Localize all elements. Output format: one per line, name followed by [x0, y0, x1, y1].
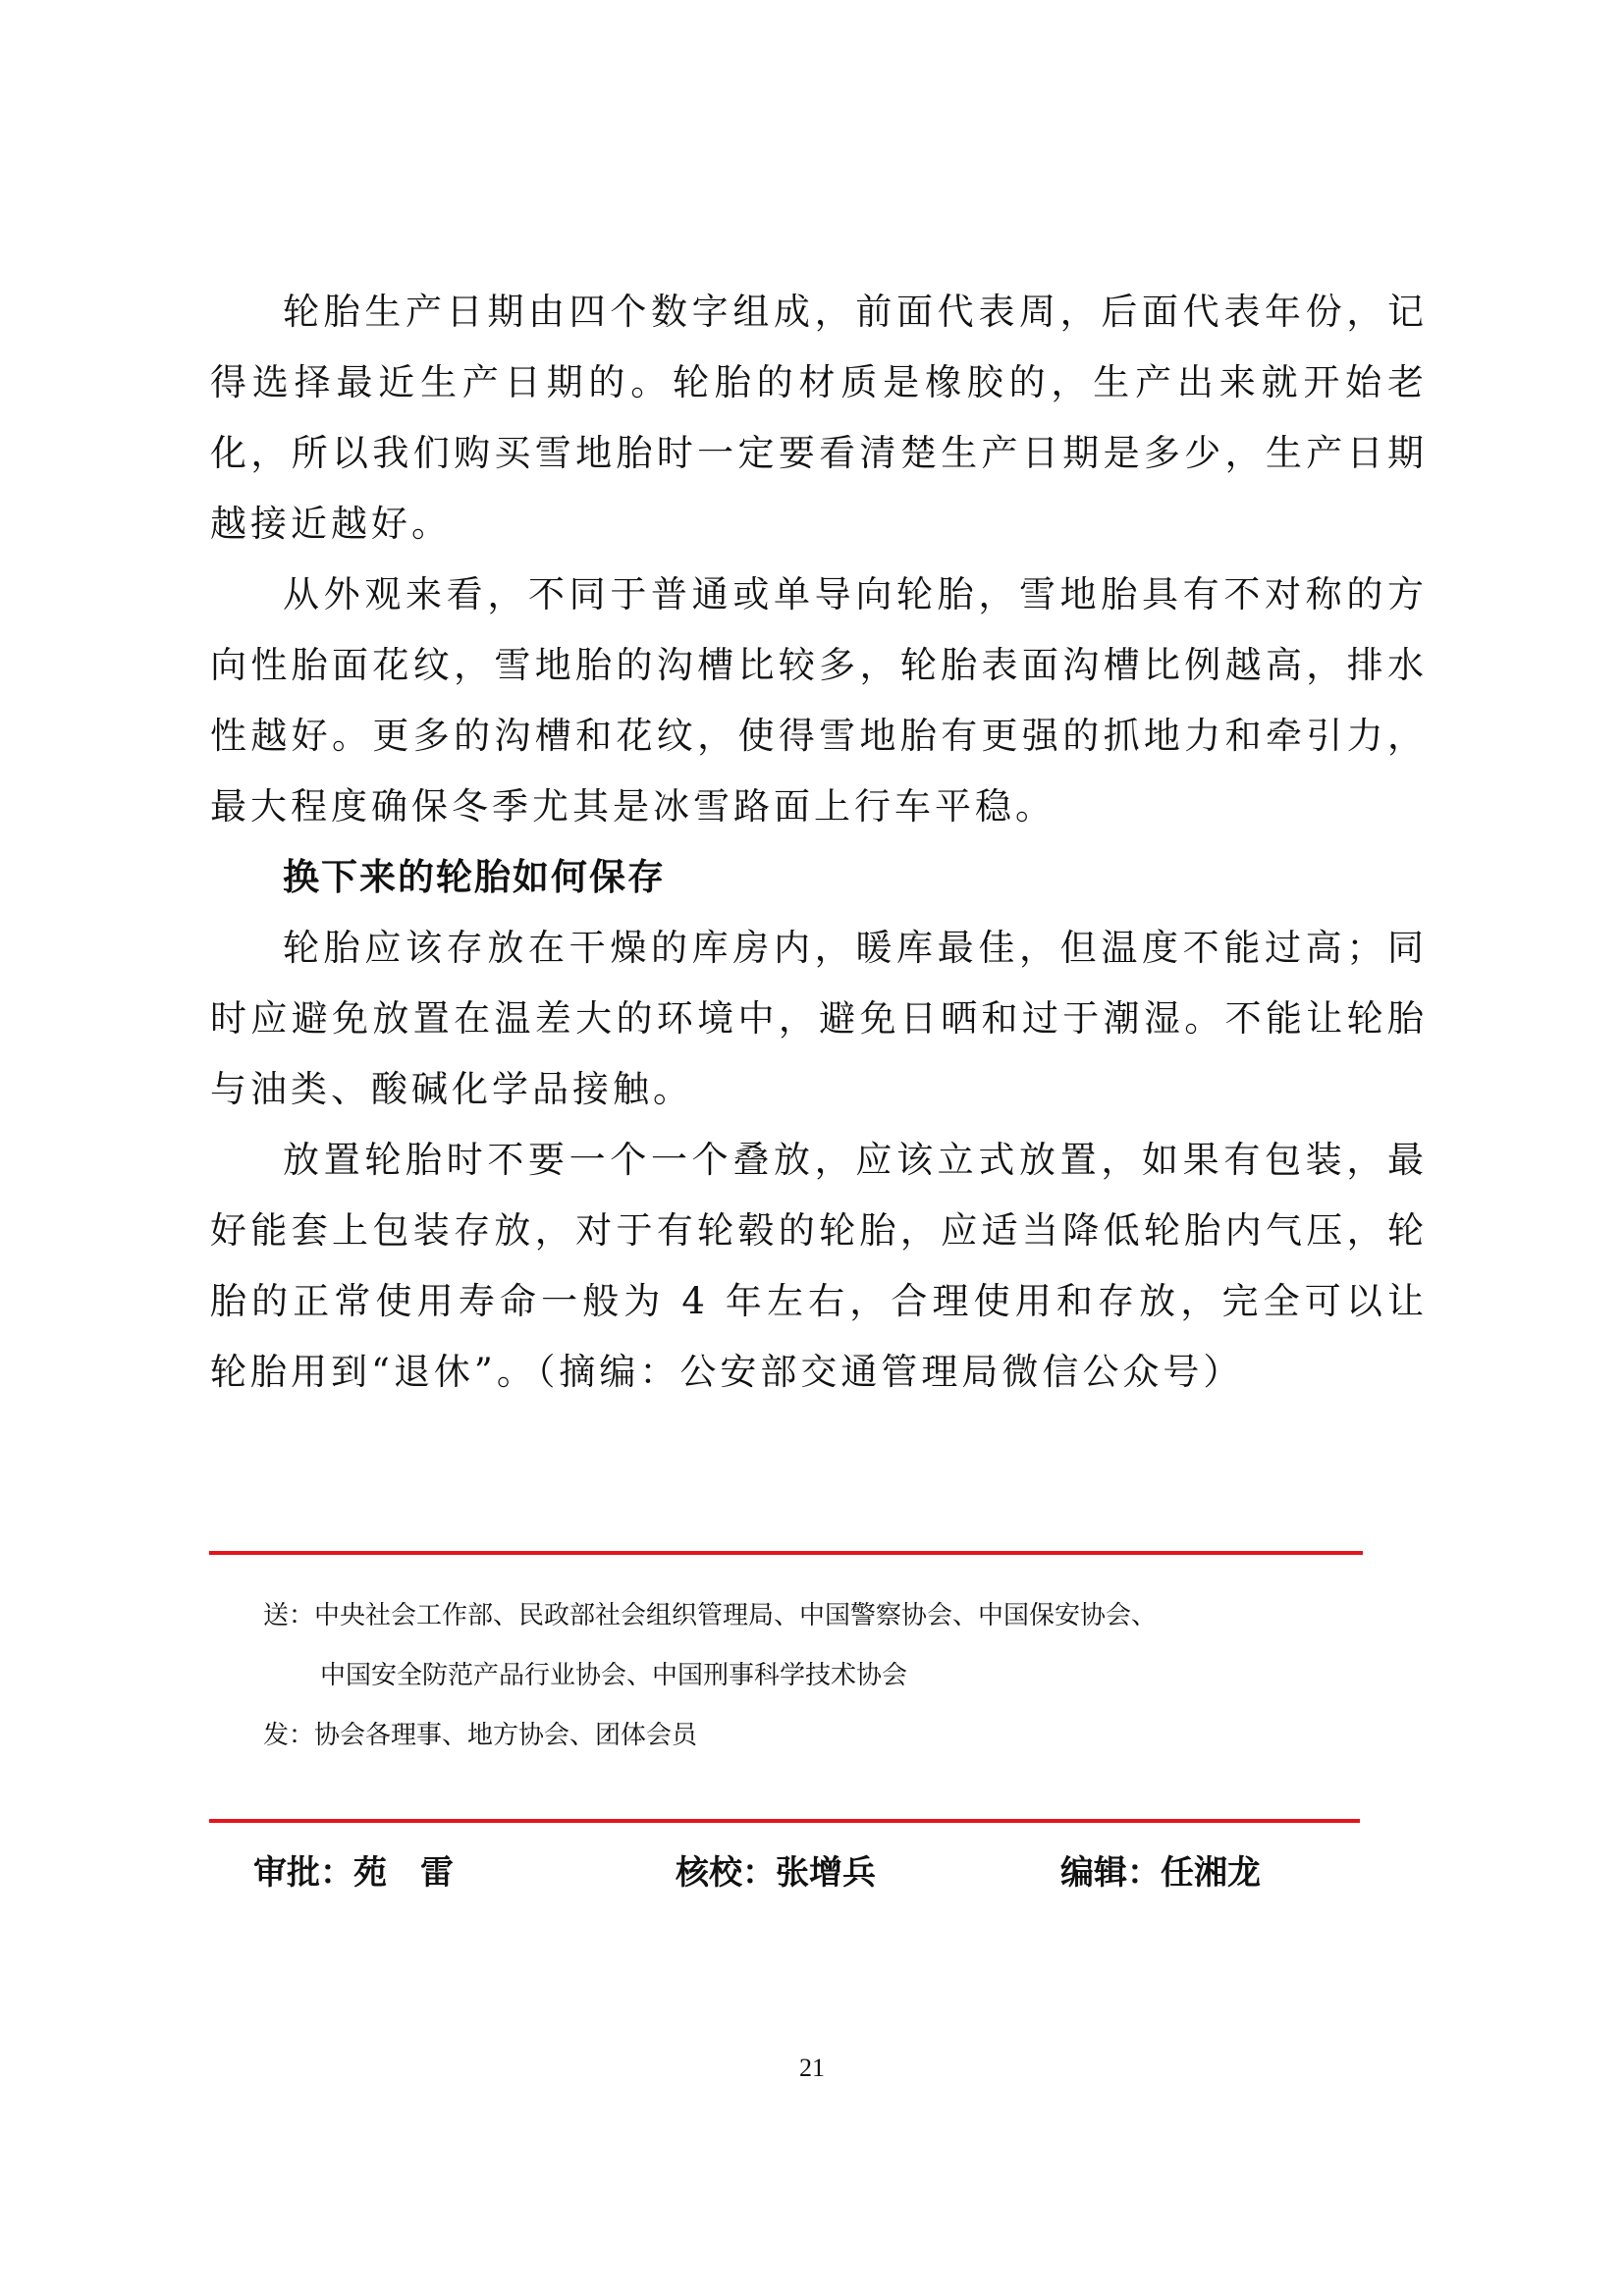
- paragraph-storage-placement: 放置轮胎时不要一个一个叠放，应该立式放置，如果有包装，最好能套上包装存放，对于有…: [210, 1125, 1428, 1408]
- proofreader-name: 张增兵: [776, 1853, 876, 1893]
- send-to-label: 送：: [263, 1601, 314, 1630]
- issue-to-line: 发：协会各理事、地方协会、团体会员: [263, 1706, 1392, 1766]
- send-to-recipients-1: 中央社会工作部、民政部社会组织管理局、中国警察协会、中国保安协会、: [314, 1601, 1157, 1630]
- editor-name: 任湘龙: [1161, 1853, 1261, 1893]
- editor-field: 编辑：任湘龙: [1060, 1845, 1261, 1894]
- paragraph-production-date: 轮胎生产日期由四个数字组成，前面代表周，后面代表年份，记得选择最近生产日期的。轮…: [210, 277, 1428, 560]
- paragraph-storage-environment: 轮胎应该存放在干燥的库房内，暖库最佳，但温度不能过高；同时应避免放置在温差大的环…: [210, 913, 1428, 1125]
- document-page: 轮胎生产日期由四个数字组成，前面代表周，后面代表年份，记得选择最近生产日期的。轮…: [0, 0, 1624, 2296]
- send-to-line: 送：中央社会工作部、民政部社会组织管理局、中国警察协会、中国保安协会、: [263, 1586, 1392, 1646]
- approver-name: 苑 雷: [353, 1853, 454, 1893]
- paragraph-appearance: 从外观来看，不同于普通或单导向轮胎，雪地胎具有不对称的方向性胎面花纹，雪地胎的沟…: [210, 560, 1428, 842]
- approver-label: 审批：: [253, 1853, 353, 1893]
- distribution-list: 送：中央社会工作部、民政部社会组织管理局、中国警察协会、中国保安协会、 中国安全…: [263, 1586, 1392, 1766]
- signoff-bar: 审批：苑 雷 核校：张增兵 编辑：任湘龙: [253, 1845, 1382, 1904]
- red-divider-top: [209, 1551, 1363, 1555]
- section-heading-storage: 换下来的轮胎如何保存: [210, 842, 1428, 913]
- approver-field: 审批：苑 雷: [253, 1845, 454, 1894]
- page-number: 21: [0, 2054, 1624, 2083]
- issue-to-recipients: 协会各理事、地方协会、团体会员: [314, 1721, 697, 1750]
- issue-to-label: 发：: [263, 1721, 314, 1750]
- article-body: 轮胎生产日期由四个数字组成，前面代表周，后面代表年份，记得选择最近生产日期的。轮…: [210, 277, 1428, 1408]
- proofreader-label: 核校：: [676, 1853, 776, 1893]
- editor-label: 编辑：: [1060, 1853, 1161, 1893]
- proofreader-field: 核校：张增兵: [676, 1845, 876, 1894]
- red-divider-bottom: [209, 1819, 1360, 1823]
- send-to-recipients-2: 中国安全防范产品行业协会、中国刑事科学技术协会: [320, 1661, 907, 1690]
- send-to-line-continued: 中国安全防范产品行业协会、中国刑事科学技术协会: [263, 1646, 1392, 1706]
